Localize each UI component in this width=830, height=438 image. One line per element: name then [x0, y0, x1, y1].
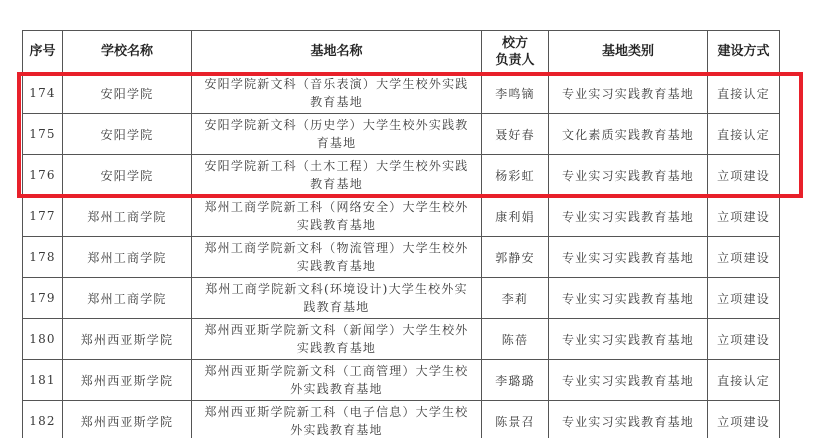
- table-row: 181 郑州西亚斯学院 郑州西亚斯学院新文科（工商管理）大学生校外实践教育基地 …: [23, 360, 780, 401]
- base-name-line1: 安阳学院新工科（土木工程）大学生校外实践: [192, 157, 481, 175]
- table-row: 178 郑州工商学院 郑州工商学院新文科（物流管理）大学生校外实践教育基地 郭静…: [23, 237, 780, 278]
- cell-category: 专业实习实践教育基地: [549, 278, 708, 319]
- table-row: 177 郑州工商学院 郑州工商学院新工科（网络安全）大学生校外实践教育基地 康利…: [23, 196, 780, 237]
- cell-base-name: 郑州工商学院新工科（网络安全）大学生校外实践教育基地: [192, 196, 482, 237]
- cell-school: 郑州工商学院: [63, 278, 192, 319]
- cell-base-name: 郑州西亚斯学院新工科（电子信息）大学生校外实践教育基地: [192, 401, 482, 438]
- cell-category: 专业实习实践教育基地: [549, 401, 708, 438]
- header-base-name: 基地名称: [192, 31, 482, 73]
- table-header-row: 序号 学校名称 基地名称 校方 负责人 基地类别 建设方式: [23, 31, 780, 73]
- cell-leader: 杨彩虹: [482, 155, 549, 196]
- cell-no: 181: [23, 360, 63, 401]
- cell-method: 立项建设: [708, 237, 780, 278]
- base-name-line2: 践教育基地: [192, 298, 481, 316]
- cell-method: 立项建设: [708, 401, 780, 438]
- cell-no: 175: [23, 114, 63, 155]
- base-name-line1: 郑州工商学院新文科(环境设计)大学生校外实: [192, 280, 481, 298]
- cell-leader: 李鸣镝: [482, 73, 549, 114]
- cell-method: 立项建设: [708, 278, 780, 319]
- cell-no: 179: [23, 278, 63, 319]
- header-school: 学校名称: [63, 31, 192, 73]
- cell-category: 专业实习实践教育基地: [549, 155, 708, 196]
- cell-leader: 聂好春: [482, 114, 549, 155]
- cell-category: 专业实习实践教育基地: [549, 237, 708, 278]
- table-row: 175 安阳学院 安阳学院新文科（历史学）大学生校外实践教育基地 聂好春 文化素…: [23, 114, 780, 155]
- cell-category: 专业实习实践教育基地: [549, 73, 708, 114]
- cell-leader: 李璐璐: [482, 360, 549, 401]
- cell-school: 郑州西亚斯学院: [63, 401, 192, 438]
- cell-leader: 李莉: [482, 278, 549, 319]
- table-row: 180 郑州西亚斯学院 郑州西亚斯学院新文科（新闻学）大学生校外实践教育基地 陈…: [23, 319, 780, 360]
- cell-school: 郑州工商学院: [63, 237, 192, 278]
- cell-school: 安阳学院: [63, 114, 192, 155]
- header-category: 基地类别: [549, 31, 708, 73]
- cell-school: 安阳学院: [63, 73, 192, 114]
- cell-leader: 郭静安: [482, 237, 549, 278]
- cell-base-name: 郑州西亚斯学院新文科（工商管理）大学生校外实践教育基地: [192, 360, 482, 401]
- cell-category: 专业实习实践教育基地: [549, 319, 708, 360]
- base-name-line1: 郑州西亚斯学院新文科（新闻学）大学生校外: [192, 321, 481, 339]
- base-name-line2: 教育基地: [192, 93, 481, 111]
- cell-no: 178: [23, 237, 63, 278]
- cell-school: 郑州工商学院: [63, 196, 192, 237]
- cell-category: 文化素质实践教育基地: [549, 114, 708, 155]
- base-name-line2: 外实践教育基地: [192, 421, 481, 438]
- cell-leader: 康利娟: [482, 196, 549, 237]
- base-name-line1: 郑州西亚斯学院新工科（电子信息）大学生校: [192, 403, 481, 421]
- base-name-line2: 实践教育基地: [192, 257, 481, 275]
- base-name-line2: 教育基地: [192, 175, 481, 193]
- cell-method: 直接认定: [708, 114, 780, 155]
- cell-method: 立项建设: [708, 155, 780, 196]
- base-name-line2: 育基地: [192, 134, 481, 152]
- cell-method: 直接认定: [708, 73, 780, 114]
- cell-no: 176: [23, 155, 63, 196]
- cell-base-name: 安阳学院新文科（音乐表演）大学生校外实践教育基地: [192, 73, 482, 114]
- base-name-line1: 郑州工商学院新工科（网络安全）大学生校外: [192, 198, 481, 216]
- cell-base-name: 郑州西亚斯学院新文科（新闻学）大学生校外实践教育基地: [192, 319, 482, 360]
- table-row: 179 郑州工商学院 郑州工商学院新文科(环境设计)大学生校外实践教育基地 李莉…: [23, 278, 780, 319]
- cell-school: 郑州西亚斯学院: [63, 319, 192, 360]
- cell-method: 立项建设: [708, 319, 780, 360]
- cell-method: 直接认定: [708, 360, 780, 401]
- base-name-line1: 安阳学院新文科（历史学）大学生校外实践教: [192, 116, 481, 134]
- table-row: 182 郑州西亚斯学院 郑州西亚斯学院新工科（电子信息）大学生校外实践教育基地 …: [23, 401, 780, 438]
- cell-base-name: 安阳学院新工科（土木工程）大学生校外实践教育基地: [192, 155, 482, 196]
- base-name-line2: 实践教育基地: [192, 216, 481, 234]
- cell-no: 177: [23, 196, 63, 237]
- cell-no: 180: [23, 319, 63, 360]
- cell-base-name: 安阳学院新文科（历史学）大学生校外实践教育基地: [192, 114, 482, 155]
- practice-base-table: 序号 学校名称 基地名称 校方 负责人 基地类别 建设方式 174 安阳学院 安…: [22, 30, 780, 438]
- base-name-line1: 郑州工商学院新文科（物流管理）大学生校外: [192, 239, 481, 257]
- cell-school: 安阳学院: [63, 155, 192, 196]
- cell-base-name: 郑州工商学院新文科（物流管理）大学生校外实践教育基地: [192, 237, 482, 278]
- base-name-line2: 外实践教育基地: [192, 380, 481, 398]
- header-no: 序号: [23, 31, 63, 73]
- cell-school: 郑州西亚斯学院: [63, 360, 192, 401]
- cell-category: 专业实习实践教育基地: [549, 196, 708, 237]
- cell-no: 182: [23, 401, 63, 438]
- cell-leader: 陈蓓: [482, 319, 549, 360]
- header-leader: 校方 负责人: [482, 31, 549, 73]
- header-leader-line1: 校方: [482, 35, 548, 52]
- cell-category: 专业实习实践教育基地: [549, 360, 708, 401]
- table-row: 174 安阳学院 安阳学院新文科（音乐表演）大学生校外实践教育基地 李鸣镝 专业…: [23, 73, 780, 114]
- cell-leader: 陈景召: [482, 401, 549, 438]
- cell-no: 174: [23, 73, 63, 114]
- base-name-line1: 安阳学院新文科（音乐表演）大学生校外实践: [192, 75, 481, 93]
- base-name-line2: 实践教育基地: [192, 339, 481, 357]
- cell-method: 立项建设: [708, 196, 780, 237]
- header-leader-line2: 负责人: [482, 52, 548, 69]
- cell-base-name: 郑州工商学院新文科(环境设计)大学生校外实践教育基地: [192, 278, 482, 319]
- base-name-line1: 郑州西亚斯学院新文科（工商管理）大学生校: [192, 362, 481, 380]
- header-method: 建设方式: [708, 31, 780, 73]
- table-row: 176 安阳学院 安阳学院新工科（土木工程）大学生校外实践教育基地 杨彩虹 专业…: [23, 155, 780, 196]
